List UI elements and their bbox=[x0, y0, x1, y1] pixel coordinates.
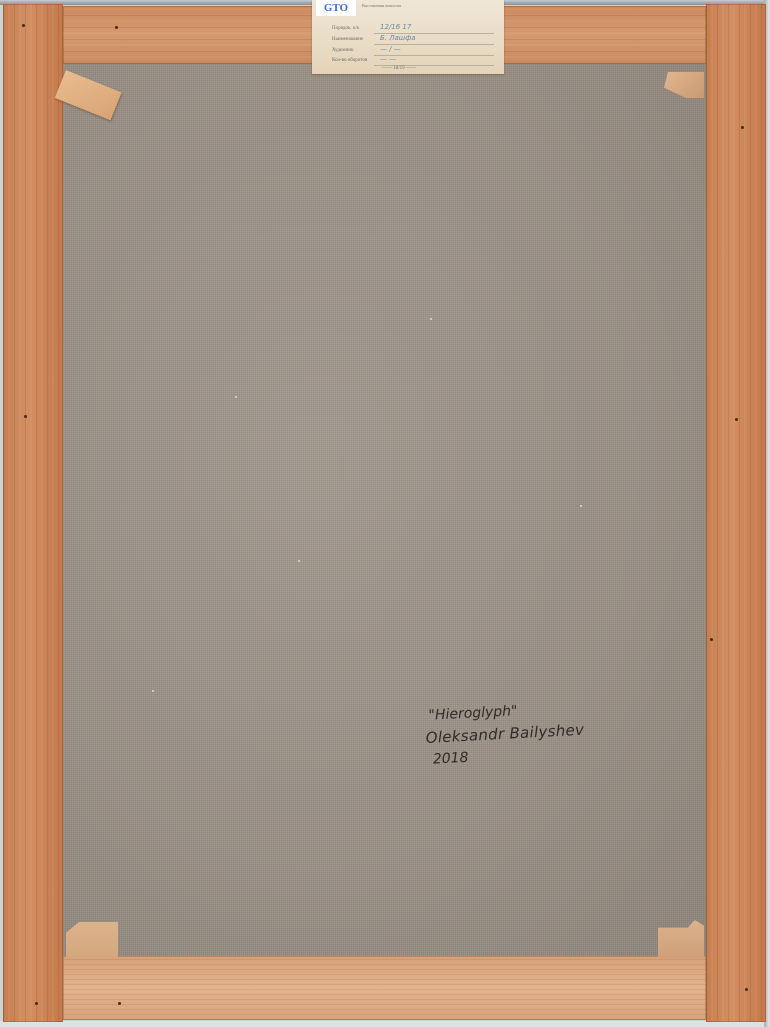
canvas-bottom-edge bbox=[0, 1021, 770, 1027]
label-row: Художник — / — bbox=[332, 48, 354, 53]
nail-hole bbox=[24, 415, 27, 418]
label-footer: —— 18/19 —— bbox=[382, 66, 416, 71]
canvas-speck bbox=[430, 318, 432, 320]
canvas-speck bbox=[152, 690, 154, 692]
nail-hole bbox=[710, 638, 713, 641]
nail-hole bbox=[735, 418, 738, 421]
nail-hole bbox=[22, 24, 25, 27]
nail-hole bbox=[741, 126, 744, 129]
label-value: Б. Лашфа bbox=[380, 34, 416, 42]
label-header: Выставочная комиссия bbox=[362, 3, 401, 8]
nail-hole bbox=[745, 988, 748, 991]
stretcher-bar-right bbox=[706, 4, 766, 1022]
canvas-speck bbox=[298, 560, 300, 562]
label-value: — — bbox=[380, 55, 396, 63]
handwritten-inscription: "Hieroglyph" Oleksandr Bailyshev 2018 bbox=[424, 697, 586, 771]
label-row: Порядок. к/к 12/16 17 bbox=[332, 26, 359, 31]
label-value: 12/16 17 bbox=[380, 23, 411, 31]
label-row: Кол-во оборотов — — bbox=[332, 58, 367, 63]
stretcher-bar-left bbox=[3, 4, 63, 1022]
canvas-speck bbox=[235, 396, 237, 398]
nail-hole bbox=[118, 1002, 121, 1005]
painting-back-photo: GTO Выставочная комиссия Порядок. к/к 12… bbox=[0, 0, 770, 1027]
label-field: Кол-во оборотов bbox=[332, 58, 367, 63]
stretcher-bar-bottom bbox=[63, 956, 706, 1020]
label-field: Наименование bbox=[332, 37, 363, 42]
canvas-speck bbox=[580, 505, 582, 507]
label-field: Художник bbox=[332, 48, 354, 53]
nail-hole bbox=[35, 1002, 38, 1005]
label-row: Наименование Б. Лашфа bbox=[332, 37, 363, 42]
canvas-back bbox=[62, 60, 708, 960]
label-field: Порядок. к/к bbox=[332, 26, 359, 31]
label-logo: GTO bbox=[316, 0, 356, 16]
museum-label: GTO Выставочная комиссия Порядок. к/к 12… bbox=[312, 0, 504, 74]
nail-hole bbox=[115, 26, 118, 29]
corner-key-bottom-left bbox=[66, 922, 118, 958]
label-value: — / — bbox=[380, 45, 401, 53]
